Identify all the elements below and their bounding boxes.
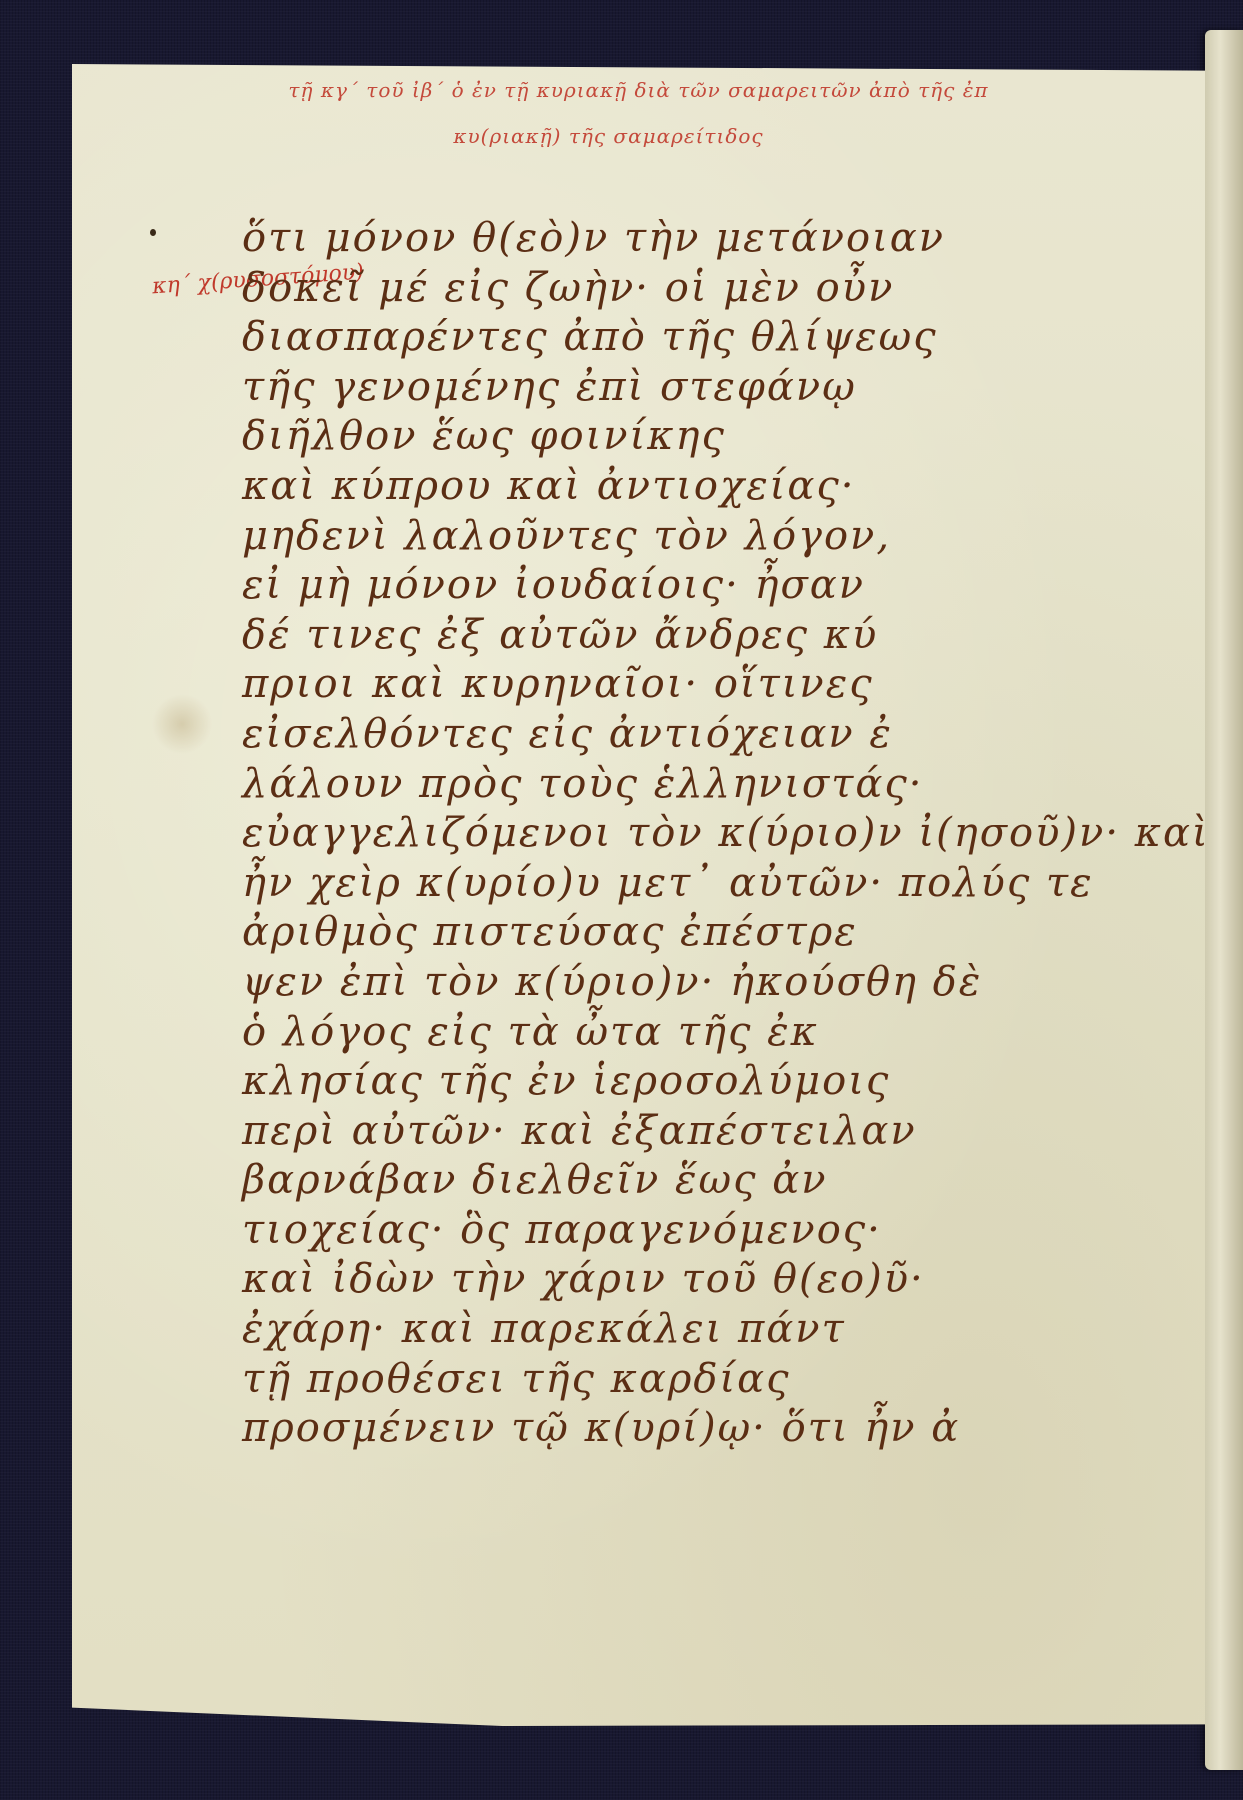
text-line: εἰσελθόντες εἰς ἀντιόχειαν ἐ [242, 710, 1102, 760]
text-line: καὶ κύπρου καὶ ἀντιοχείας· [242, 462, 1102, 512]
adjacent-leaf-edge [1205, 30, 1243, 1770]
text-line: εἰ μὴ μόνον ἰουδαίοις· ἦσαν [242, 561, 1102, 611]
text-line: ἦν χεὶρ κ(υρίο)υ μετ᾿ αὐτῶν· πολύς τε [242, 859, 1102, 909]
text-line: ψεν ἐπὶ τὸν κ(ύριο)ν· ἠκούσθη δὲ [242, 958, 1102, 1008]
text-line: ὅτι μόνον θ(εὸ)ν τὴν μετάνοιαν [242, 214, 1102, 264]
text-line: διῆλθον ἕως φοινίκης [242, 412, 1102, 462]
text-line: λάλουν πρὸς τοὺς ἑλληνιστάς· [242, 760, 1102, 810]
text-line: εὐαγγελιζόμενοι τὸν κ(ύριο)ν ἰ(ησοῦ)ν· κ… [242, 809, 1102, 859]
text-line: ἀριθμὸς πιστεύσας ἐπέστρε [242, 908, 1102, 958]
text-line: τῇ προθέσει τῆς καρδίας [242, 1355, 1102, 1405]
text-line: κλησίας τῆς ἐν ἱεροσολύμοις [242, 1057, 1102, 1107]
manuscript-folio: τῇ κγ΄ τοῦ ἰβ΄ ὁ ἐν τῇ κυριακῇ διὰ τῶν σ… [72, 64, 1205, 1731]
text-line: καὶ ἰδὼν τὴν χάριν τοῦ θ(εο)ῦ· [242, 1255, 1102, 1305]
text-line: προσμένειν τῷ κ(υρί)ῳ· ὅτι ἦν ἀ [242, 1404, 1102, 1454]
text-line: δέ τινες ἐξ αὐτῶν ἄνδρες κύ [242, 611, 1102, 661]
rubric-heading-line-2: κυ(ριακῇ) τῆς σαμαρείτιδος [42, 124, 1175, 148]
text-line: ὁ λόγος εἰς τὰ ὦτα τῆς ἐκ [242, 1008, 1102, 1058]
text-line: δοκεῖ μέ εἰς ζωὴν· οἱ μὲν οὖν [242, 264, 1102, 314]
text-line: πριοι καὶ κυρηναῖοι· οἵτινες [242, 660, 1102, 710]
text-line: μηδενὶ λαλοῦντες τὸν λόγον, [242, 512, 1102, 562]
text-line: περὶ αὐτῶν· καὶ ἐξαπέστειλαν [242, 1107, 1102, 1157]
text-line: τιοχείας· ὃς παραγενόμενος· [242, 1206, 1102, 1256]
rubric-heading-line-1: τῇ κγ΄ τοῦ ἰβ΄ ὁ ἐν τῇ κυριακῇ διὰ τῶν σ… [72, 78, 1205, 102]
text-line: ἐχάρη· καὶ παρεκάλει πάντ [242, 1305, 1102, 1355]
text-line: διασπαρέντες ἀπὸ τῆς θλίψεως [242, 313, 1102, 363]
ink-dot [150, 229, 156, 236]
text-line: τῆς γενομένης ἐπὶ στεφάνῳ [242, 363, 1102, 413]
main-text-block: ὅτι μόνον θ(εὸ)ν τὴν μετάνοιαν δοκεῖ μέ … [242, 214, 1102, 1454]
text-line: βαρνάβαν διελθεῖν ἕως ἀν [242, 1156, 1102, 1206]
